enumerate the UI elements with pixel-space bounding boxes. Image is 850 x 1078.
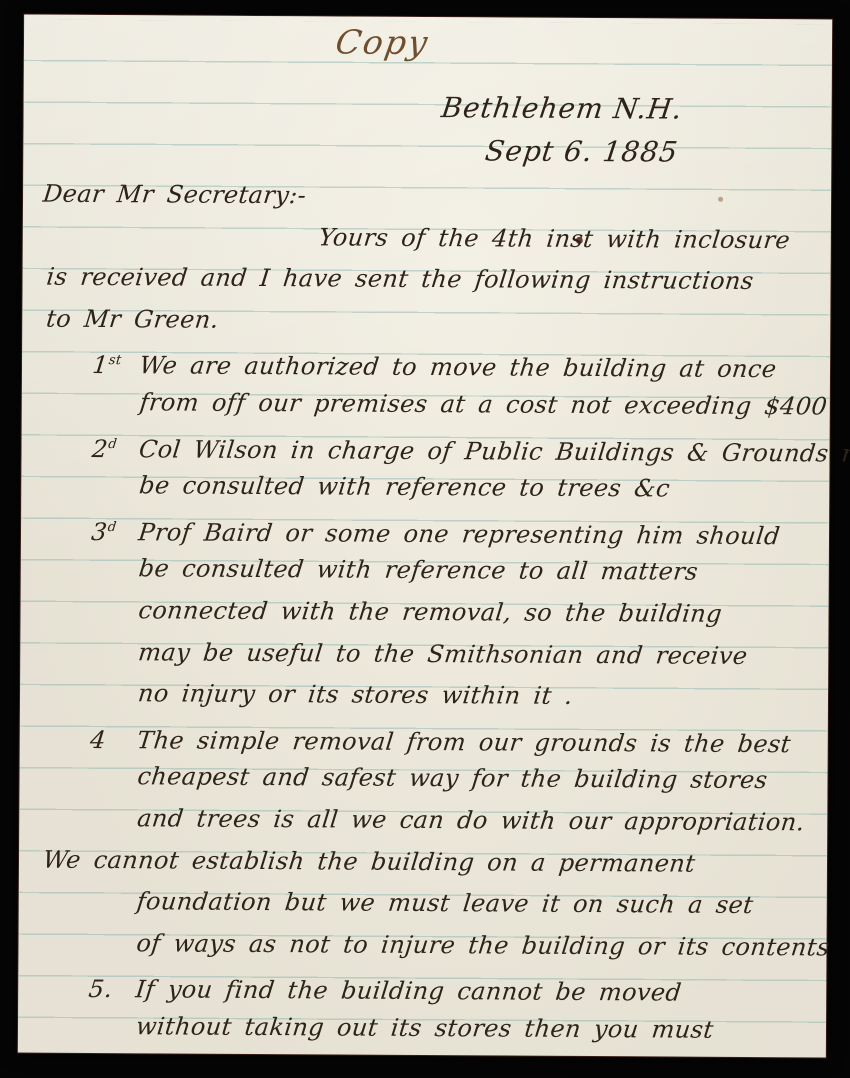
list-item-start: 1stWe are authorized to move the buildin… [34,340,827,386]
letter-line: from off our premises at a cost not exce… [33,382,826,428]
letter-line: be consulted with reference to all matte… [32,548,825,594]
list-item-start: 5.If you find the building cannot be mov… [30,964,823,1010]
list-item-number: 4 [88,715,140,762]
letter-page: Copy Bethlehem N.H. Sept 6. 1885 Dear Mr… [18,15,832,1058]
letter-line: is received and I have sent the followin… [34,257,827,303]
letter-line: The simple removal from our grounds is t… [136,726,793,758]
letter-line: Prof Baird or some one representing him … [137,518,782,550]
salutation: Dear Mr Secretary:- [35,174,828,220]
letter-line: without taking out its stores then you m… [30,1005,823,1051]
letter-line: We are authorized to move the building a… [138,352,778,384]
letter-line: of ways as not to injure the building or… [30,922,823,968]
list-item-start: 4The simple removal from our grounds is … [31,714,824,760]
letter-line: Yours of the 4th inst with inclosure [35,215,828,261]
list-item-number: 5. [86,964,138,1011]
letter-line: be consulted with reference to trees &c [33,465,826,511]
list-item-number: 1st [90,340,142,387]
date-line: Sept 6. 1885 [483,134,680,168]
letter-line: Col Wilson in charge of Public Buildings… [138,435,850,468]
letter-line: foundation but we must leave it on such … [30,881,823,927]
letter-line: We cannot establish the building on a pe… [31,839,824,885]
letter-line: cheapest and safest way for the building… [31,756,824,802]
list-item-number: 3d [89,507,141,554]
letter-body: Dear Mr Secretary:- Yours of the 4th ins… [32,174,825,1052]
list-item-start: 2dCol Wilson in charge of Public Buildin… [33,423,826,469]
letter-line: and trees is all we can do with our appr… [31,798,824,844]
place-line: Bethlehem N.H. [439,91,684,125]
letter-line: If you find the building cannot be moved [134,976,683,1007]
list-item-number: 2d [90,424,142,471]
list-item-start: 3dProf Baird or some one representing hi… [33,506,826,552]
copy-annotation: Copy [333,22,432,62]
letter-line: connected with the removal, so the build… [32,590,825,636]
letter-line: no injury or its stores within it . [32,673,825,719]
letter-line: may be useful to the Smithsonian and rec… [32,631,825,677]
letter-line: to Mr Green. [34,298,827,344]
